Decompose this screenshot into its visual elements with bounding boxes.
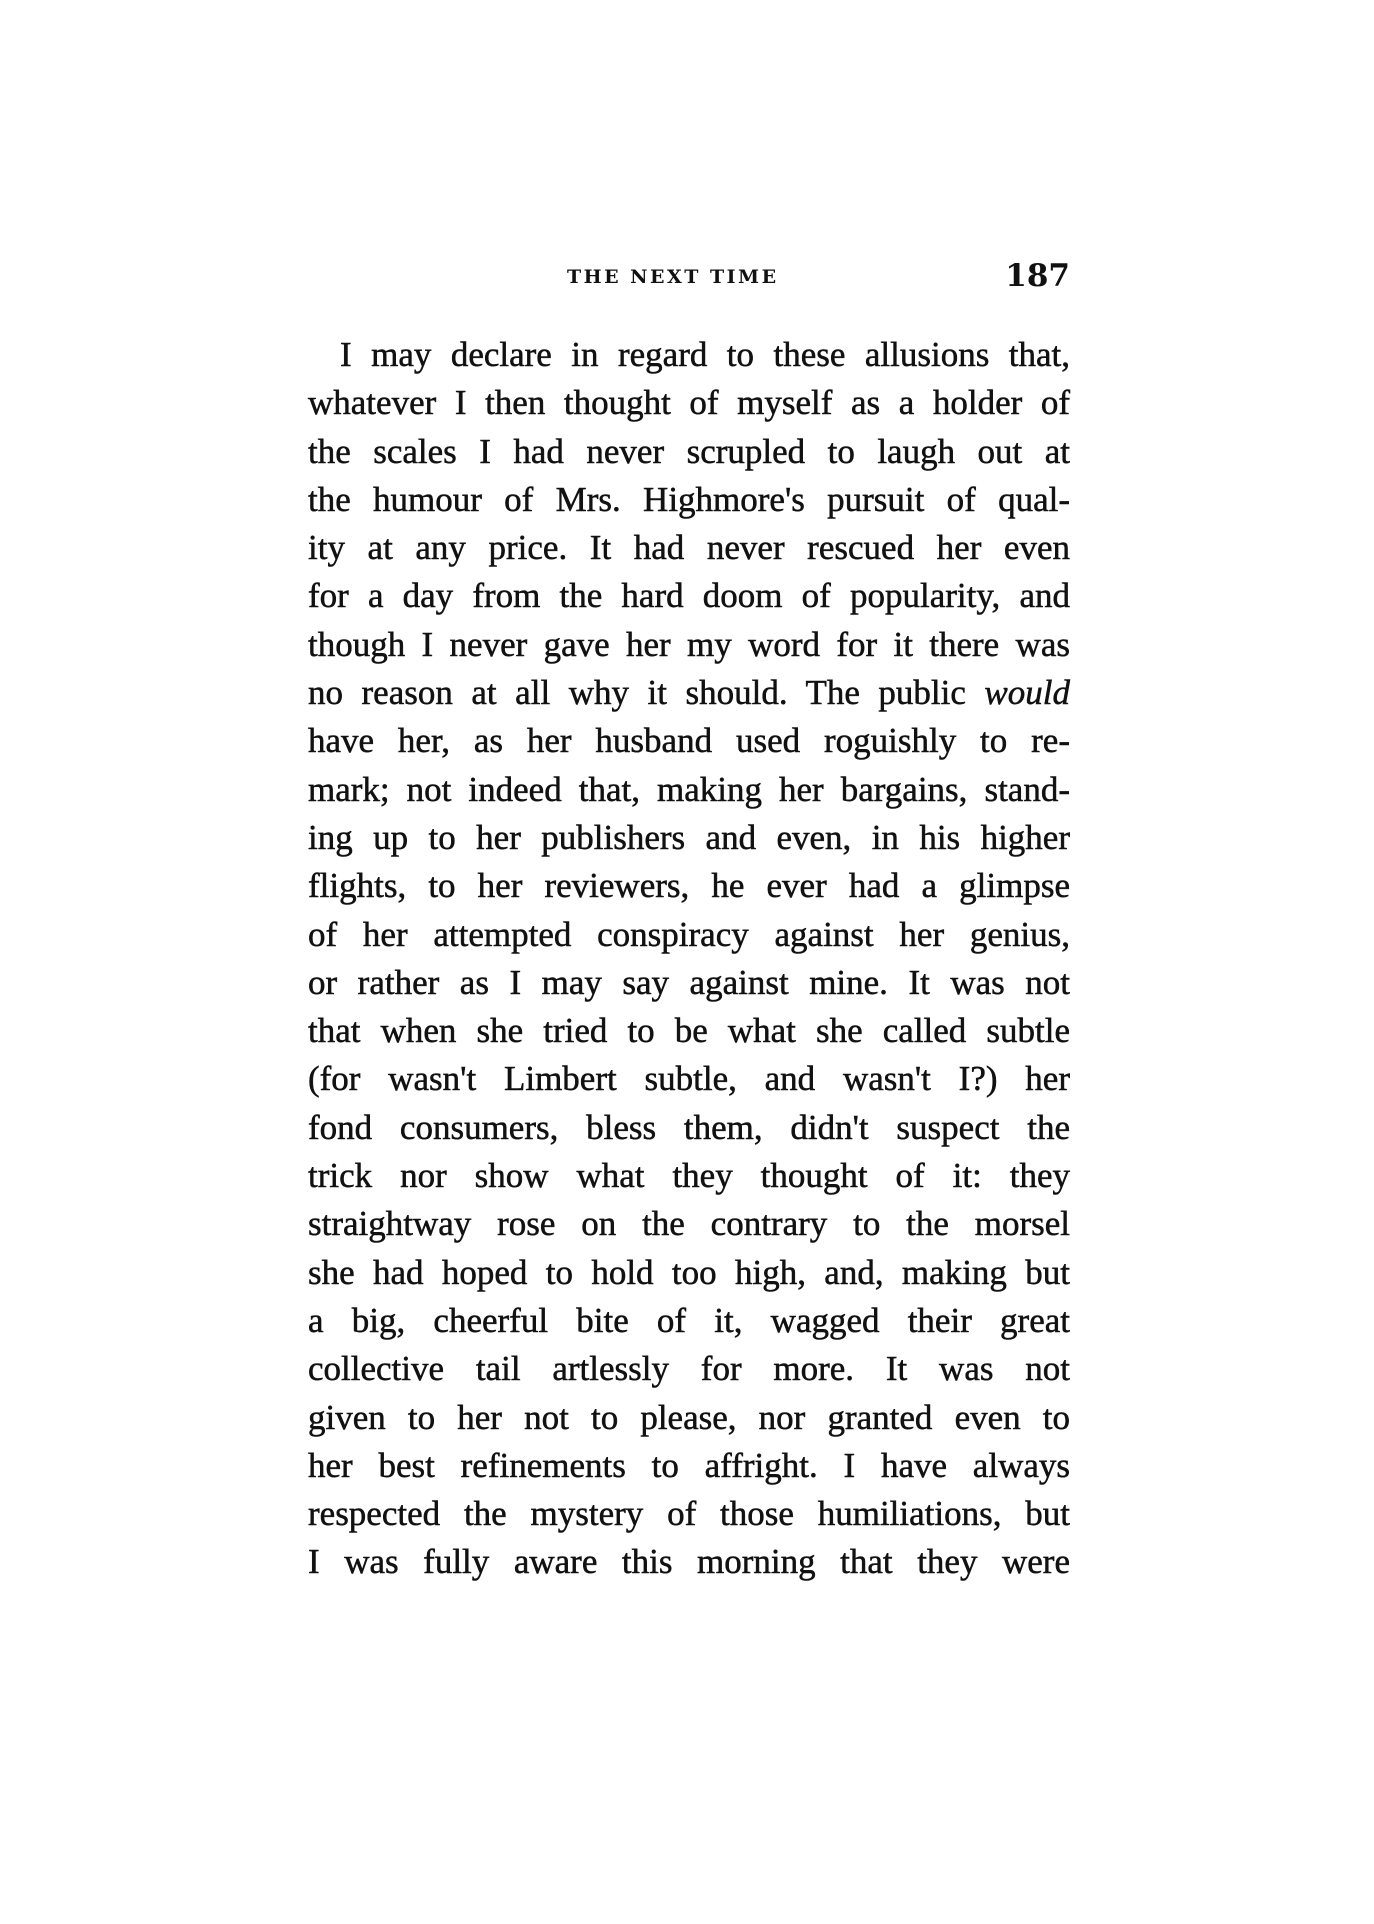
text-line: I may declare in regard to these allusio…: [308, 331, 1070, 379]
page-number: 187: [1005, 258, 1070, 294]
text-line: fond consumers, bless them, didn't suspe…: [308, 1104, 1070, 1152]
text-line: mark; not indeed that, making her bargai…: [308, 766, 1070, 814]
text-line: that when she tried to be what she calle…: [308, 1007, 1070, 1055]
text-line: her best refinements to affright. I have…: [308, 1442, 1070, 1490]
text-line: (for wasn't Limbert subtle, and wasn't I…: [308, 1055, 1070, 1103]
text-line: ity at any price. It had never rescued h…: [308, 524, 1070, 572]
text-line: of her attempted conspiracy against her …: [308, 911, 1070, 959]
text-line: whatever I then thought of myself as a h…: [308, 379, 1070, 427]
text-line: I was fully aware this morning that they…: [308, 1538, 1070, 1586]
text-line: trick nor show what they thought of it: …: [308, 1152, 1070, 1200]
body-paragraph: I may declare in regard to these allusio…: [308, 331, 1070, 1587]
text-line: respected the mystery of those humiliati…: [308, 1490, 1070, 1538]
book-page: THE NEXT TIME 187 I may declare in regar…: [0, 0, 1374, 1924]
text-line: the humour of Mrs. Highmore's pursuit of…: [308, 476, 1070, 524]
text-line: flights, to her reviewers, he ever had a…: [308, 862, 1070, 910]
text-line: no reason at all why it should. The publ…: [308, 669, 1070, 717]
text-line: she had hoped to hold too high, and, mak…: [308, 1249, 1070, 1297]
text-line-segment: no reason at all why it should. The publ…: [308, 673, 984, 712]
italic-emphasis: would: [984, 673, 1070, 712]
text-line: for a day from the hard doom of populari…: [308, 572, 1070, 620]
text-line: a big, cheerful bite of it, wagged their…: [308, 1297, 1070, 1345]
text-line: ing up to her publishers and even, in hi…: [308, 814, 1070, 862]
text-line: though I never gave her my word for it t…: [308, 621, 1070, 669]
text-line: straightway rose on the contrary to the …: [308, 1200, 1070, 1248]
running-title: THE NEXT TIME: [567, 266, 779, 288]
text-line: the scales I had never scrupled to laugh…: [308, 428, 1070, 476]
text-line: or rather as I may say against mine. It …: [308, 959, 1070, 1007]
text-line: collective tail artlessly for more. It w…: [308, 1345, 1070, 1393]
text-line: given to her not to please, nor granted …: [308, 1394, 1070, 1442]
text-line: have her, as her husband used roguishly …: [308, 717, 1070, 765]
running-head: THE NEXT TIME 187: [308, 258, 1070, 294]
